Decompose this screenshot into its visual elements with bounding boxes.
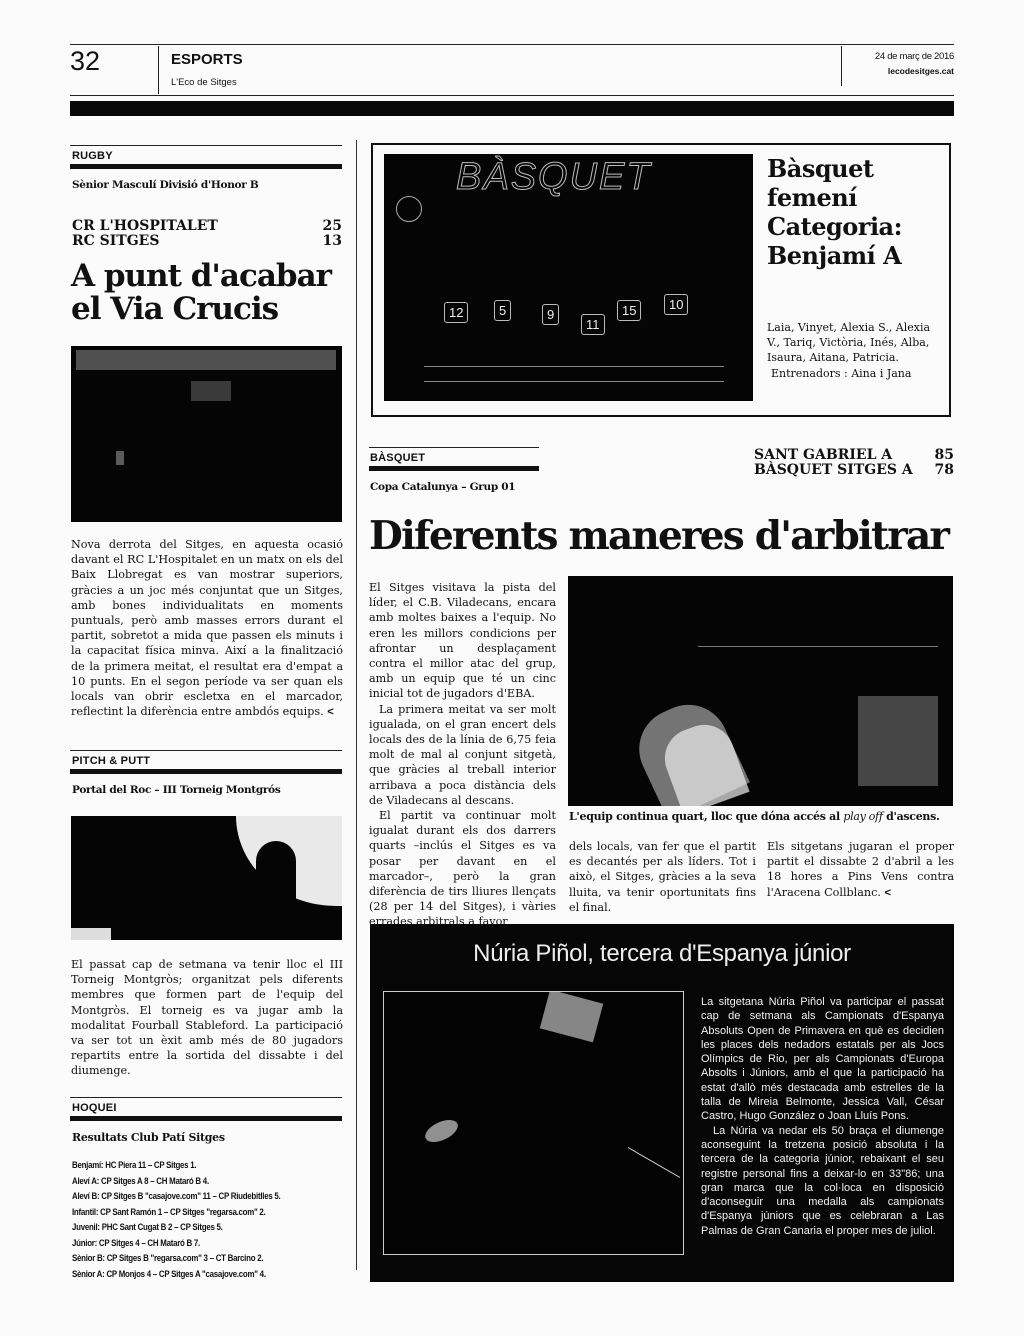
team-name: SANT GABRIEL A [754,448,892,463]
result-item: Benjamí: HC Piera 11 – CP Sitges 1. [72,1158,321,1174]
jersey-number: 10 [664,294,688,315]
header-bottom-rule [70,95,954,96]
basquet-label-rule [369,466,539,471]
basquet-femeni-title: Bàsquet femení Categoria: Benjamí A [767,154,902,270]
result-item: Sènior A: CP Monjos 4 – CP Sitges A "cas… [72,1267,321,1283]
basquet-femeni-team-photo: BÀSQUET 12 5 9 11 15 10 [384,154,753,401]
basquet-top-rule [369,447,539,448]
coaches: Entrenadors : Aina i Jana [767,366,943,381]
basquet-column-1: El Sitges visitava la pista del líder, e… [369,580,556,930]
section-title: ESPORTS [171,51,243,68]
team-name: BÀSQUET SITGES A [754,463,913,478]
header-black-bar [70,101,954,116]
basquet-scoreboard: SANT GABRIEL A 85 BÀSQUET SITGES A 78 [754,448,954,478]
header-divider-right [841,46,842,86]
rugby-scoreboard: CR L'HOSPITALET 25 RC SITGES 13 [72,219,342,249]
hoquei-competition: Resultats Club Patí Sitges [72,1131,225,1144]
basquet-femeni-players: Laia, Vinyet, Alexia S., Alexia V., Tari… [767,320,943,381]
result-item: Sènior B: CP Sitges B "regarsa.com" 3 – … [72,1251,321,1267]
rugby-article-body: Nova derrota del Sitges, en aquesta ocas… [71,537,343,720]
result-item: Infantil: CP Sant Ramón 1 – CP Sitges "r… [72,1205,321,1221]
photo-banner-text: BÀSQUET [456,156,652,199]
rugby-headline: A punt d'acabar el Via Crucis [71,260,356,325]
natacio-photo [383,991,684,1255]
pitchputt-photo [71,816,342,940]
natacio-article-body: La sitgetana Núria Piñol va participar e… [701,995,944,1238]
basquet-label: BÀSQUET [370,452,425,464]
score-row: CR L'HOSPITALET 25 [72,219,342,234]
basquet-column-2: dels locals, van fer que el partit es de… [569,839,756,915]
website-link[interactable]: lecodesitges.cat [888,66,954,76]
header-divider-left [158,46,159,94]
result-item: Juvenil: PHC Sant Cugat B 2 – CP Sitges … [72,1220,321,1236]
result-item: Aleví B: CP Sitges B "casajove.com" 11 –… [72,1189,321,1205]
page-number: 32 [70,46,100,77]
photo-caption: L'equip continua quart, lloc que dóna ac… [569,810,940,823]
header-top-rule [70,44,954,45]
hoquei-label-rule [70,1116,342,1121]
natacio-headline: Núria Piñol, tercera d'Espanya júnior [370,940,954,968]
basquet-column-3: Els sitgetans jugaran el proper partit e… [767,839,954,901]
pitchputt-label-rule [70,769,342,774]
rugby-competition: Sènior Masculí Divisió d'Honor B [72,179,258,191]
hoquei-top-rule [70,1097,342,1098]
jersey-number: 11 [581,314,605,335]
team-points: 78 [935,463,954,478]
jersey-number: 9 [542,304,559,325]
jersey-number: 15 [617,300,641,321]
jersey-number: 5 [494,300,511,321]
basquet-competition: Copa Catalunya – Grup 01 [370,481,515,493]
team-points: 85 [935,448,954,463]
rugby-label: RUGBY [72,150,113,162]
team-points: 13 [323,234,342,249]
bench [424,366,724,382]
left-column-divider [356,140,357,1270]
result-item: Aleví A: CP Sitges A 8 – CH Mataró B 4. [72,1174,321,1190]
team-name: RC SITGES [72,234,159,249]
end-mark-icon: < [327,706,334,718]
issue-date: 24 de març de 2016 [875,51,954,62]
basquet-game-photo [568,576,953,806]
pitchputt-label: PITCH & PUTT [72,755,150,767]
rugby-top-rule [70,145,342,146]
score-row: BÀSQUET SITGES A 78 [754,463,954,478]
hoquei-label: HOQUEI [72,1102,117,1114]
publication-name: L'Eco de Sitges [171,77,237,88]
club-logo-icon [396,196,422,222]
pitchputt-competition: Portal del Roc – III Torneig Montgrós [72,784,280,796]
rugby-label-rule [70,164,342,169]
jersey-number: 12 [444,302,468,323]
pitchputt-top-rule [70,750,342,751]
rugby-photo [71,346,342,522]
team-name: CR L'HOSPITALET [72,219,218,234]
basquet-headline: Diferents maneres d'arbitrar [369,516,948,557]
score-row: RC SITGES 13 [72,234,342,249]
end-mark-icon: < [885,887,892,899]
score-row: SANT GABRIEL A 85 [754,448,954,463]
team-points: 25 [323,219,342,234]
pitchputt-article-body: El passat cap de setmana va tenir lloc e… [71,957,343,1079]
hoquei-results-list: Benjamí: HC Piera 11 – CP Sitges 1. Alev… [72,1158,362,1282]
result-item: Júnior: CP Sitges 4 – CH Mataró B 7. [72,1236,321,1252]
